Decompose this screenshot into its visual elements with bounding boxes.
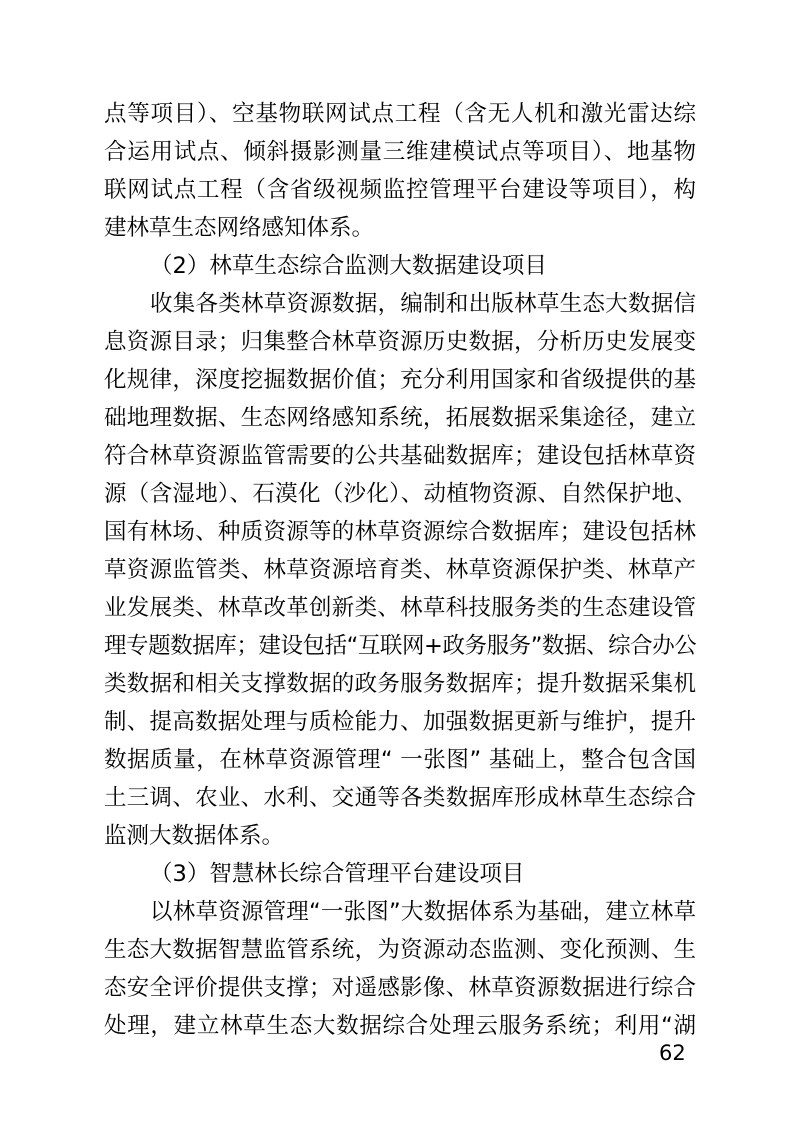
text-line: 源（含湿地）、石漠化（沙化）、动植物资源、自然保护地、 [104, 475, 696, 513]
text-line: 合运用试点、倾斜摄影测量三维建模试点等项目）、地基物 [104, 133, 696, 171]
text-line: 态安全评价提供支撑；对遥感影像、林草资源数据进行综合 [104, 969, 696, 1007]
text-line: 建林草生态网络感知体系。 [104, 209, 696, 247]
text-line: 以林草资源管理“一张图”大数据体系为基础，建立林草 [104, 893, 696, 931]
text-line: 收集各类林草资源数据，编制和出版林草生态大数据信 [104, 285, 696, 323]
text-line: 生态大数据智慧监管系统，为资源动态监测、变化预测、生 [104, 931, 696, 969]
text-line: 联网试点工程（含省级视频监控管理平台建设等项目），构 [104, 171, 696, 209]
text-line: 数据质量，在林草资源管理“ 一张图” 基础上，整合包含国 [104, 741, 696, 779]
text-line: 点等项目）、空基物联网试点工程（含无人机和激光雷达综 [104, 95, 696, 133]
page-number: 62 [659, 1040, 686, 1066]
text-line: 类数据和相关支撑数据的政务服务数据库；提升数据采集机 [104, 665, 696, 703]
paragraph-big-data-monitoring: 收集各类林草资源数据，编制和出版林草生态大数据信息资源目录；归集整合林草资源历史… [104, 285, 696, 855]
heading-line: （3）智慧林长综合管理平台建设项目 [104, 855, 696, 893]
heading-item-3: （3）智慧林长综合管理平台建设项目 [104, 855, 696, 893]
page-body-text: 点等项目）、空基物联网试点工程（含无人机和激光雷达综合运用试点、倾斜摄影测量三维… [104, 95, 696, 1045]
text-line: 理专题数据库；建设包括“互联网+政务服务”数据、综合办公 [104, 627, 696, 665]
text-line: 监测大数据体系。 [104, 817, 696, 855]
heading-item-2: （2）林草生态综合监测大数据建设项目 [104, 247, 696, 285]
paragraph-sensing-network: 点等项目）、空基物联网试点工程（含无人机和激光雷达综合运用试点、倾斜摄影测量三维… [104, 95, 696, 247]
text-line: 制、提高数据处理与质检能力、加强数据更新与维护，提升 [104, 703, 696, 741]
text-line: 国有林场、种质资源等的林草资源综合数据库；建设包括林 [104, 513, 696, 551]
text-line: 化规律，深度挖掘数据价值；充分利用国家和省级提供的基 [104, 361, 696, 399]
text-line: 业发展类、林草改革创新类、林草科技服务类的生态建设管 [104, 589, 696, 627]
text-line: 草资源监管类、林草资源培育类、林草资源保护类、林草产 [104, 551, 696, 589]
text-line: 符合林草资源监管需要的公共基础数据库；建设包括林草资 [104, 437, 696, 475]
text-line: 础地理数据、生态网络感知系统，拓展数据采集途径，建立 [104, 399, 696, 437]
text-line: 息资源目录；归集整合林草资源历史数据，分析历史发展变 [104, 323, 696, 361]
paragraph-smart-forest-chief-platform: 以林草资源管理“一张图”大数据体系为基础，建立林草生态大数据智慧监管系统，为资源… [104, 893, 696, 1045]
text-line: 土三调、农业、水利、交通等各类数据库形成林草生态综合 [104, 779, 696, 817]
document-page: 点等项目）、空基物联网试点工程（含无人机和激光雷达综合运用试点、倾斜摄影测量三维… [0, 0, 793, 1122]
heading-line: （2）林草生态综合监测大数据建设项目 [104, 247, 696, 285]
text-line: 处理，建立林草生态大数据综合处理云服务系统；利用“湖南 [104, 1007, 696, 1045]
